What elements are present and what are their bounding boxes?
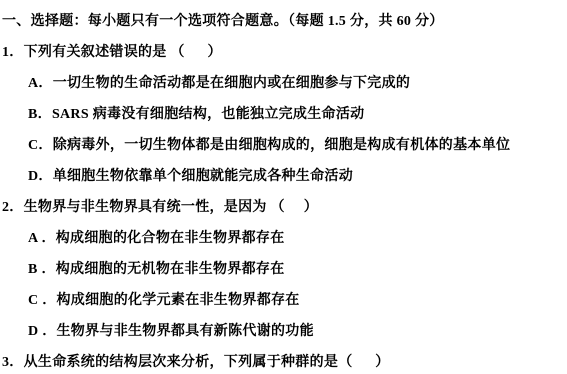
question-2-option-a: A ．构成细胞的化合物在非生物界都存在 bbox=[2, 223, 563, 254]
question-2-stem: 2．生物界与非生物界具有统一性，是因为 （ ） bbox=[2, 192, 563, 223]
question-1: 1．下列有关叙述错误的是 （ ） A．一切生物的生命活动都是在细胞内或在细胞参与… bbox=[2, 37, 563, 192]
question-3: 3．从生命系统的结构层次来分析，下列属于种群的是（ ） bbox=[2, 347, 563, 374]
question-1-option-c: C．除病毒外，一切生物体都是由细胞构成的，细胞是构成有机体的基本单位 bbox=[2, 130, 563, 161]
exam-document: 一、选择题：每小题只有一个选项符合题意。（每题 1.5 分，共 60 分） 1．… bbox=[0, 0, 567, 374]
question-1-option-a: A．一切生物的生命活动都是在细胞内或在细胞参与下完成的 bbox=[2, 68, 563, 99]
question-2-option-d: D ．生物界与非生物界都具有新陈代谢的功能 bbox=[2, 316, 563, 347]
question-2-option-b: B ．构成细胞的无机物在非生物界都存在 bbox=[2, 254, 563, 285]
section-title: 一、选择题：每小题只有一个选项符合题意。（每题 1.5 分，共 60 分） bbox=[2, 6, 563, 37]
question-1-option-b: B．SARS 病毒没有细胞结构，也能独立完成生命活动 bbox=[2, 99, 563, 130]
question-2: 2．生物界与非生物界具有统一性，是因为 （ ） A ．构成细胞的化合物在非生物界… bbox=[2, 192, 563, 347]
question-1-stem: 1．下列有关叙述错误的是 （ ） bbox=[2, 37, 563, 68]
question-1-option-d: D．单细胞生物依靠单个细胞就能完成各种生命活动 bbox=[2, 161, 563, 192]
question-3-stem: 3．从生命系统的结构层次来分析，下列属于种群的是（ ） bbox=[2, 347, 563, 374]
question-2-option-c: C ．构成细胞的化学元素在非生物界都存在 bbox=[2, 285, 563, 316]
